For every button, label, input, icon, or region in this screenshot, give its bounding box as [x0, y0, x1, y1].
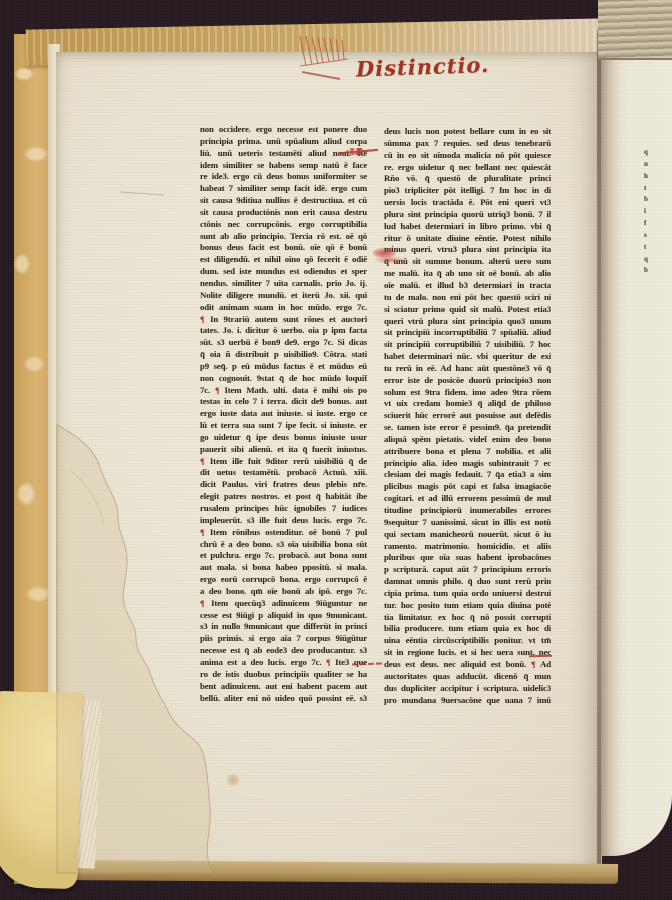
rubric-pilcrow: ¶	[200, 598, 205, 608]
text-line: testas in celo 7 i terra. dicit de9 bonu…	[200, 396, 367, 408]
text-line: queri vtrū plura sint principia quo3 unu…	[384, 316, 551, 328]
text-line: error iste de posicōe duorū principio3 n…	[384, 375, 551, 387]
text-line: ¶ Item ille fuit 9ditor rerū uisibiliū q…	[200, 456, 367, 468]
text-line: piis primis. si ergo aīa 7 corpus 9iūgūt…	[200, 633, 367, 645]
text-line: nendus. similiter 7 uita carnalis. prio …	[200, 278, 367, 290]
text-line: dit uetus testamētū. probacō Actuū. xiii…	[200, 467, 367, 479]
text-line: t	[644, 182, 654, 194]
text-line: ro de istis duobus principiis qualiter s…	[200, 669, 367, 681]
text-line: damnat omnis philo. q̄ duo sunt rerū pri…	[384, 576, 551, 588]
rubric-pilcrow: ¶	[200, 456, 205, 466]
text-line: q̄ unū sit summe bonum. alterū uero sum	[384, 256, 551, 268]
text-line: s	[644, 229, 654, 241]
text-line: principia prima. unū spūalium aliud corp…	[200, 136, 367, 148]
text-line: chrū ē a deo bono. s3 oīa uisibilia bona…	[200, 539, 367, 551]
text-line: h	[644, 170, 654, 182]
text-line: rusalem principes hūc ignobiles 7 iudice…	[200, 503, 367, 515]
text-line: q	[644, 253, 654, 265]
text-line: me malū. ita q̄ ab uno sit oē bonū. ab a…	[384, 268, 551, 280]
text-line: tur. hoc posito tum etiam quia diuina po…	[384, 600, 551, 612]
text-line: habet determinari nūc. vbi queritur de e…	[384, 351, 551, 363]
rubric-pilcrow: ¶	[326, 657, 331, 667]
red-ink-scribble	[338, 148, 378, 155]
text-line: qui sectam manicheorū nouerūt. sicut ō i…	[384, 529, 551, 541]
text-line: deus lucis non potest bellare cum in eo …	[384, 126, 551, 138]
red-hatch-mark	[292, 32, 356, 84]
text-line: sciuerit hūc errorē aut posuisse aut def…	[384, 410, 551, 422]
cover-corner	[0, 691, 83, 889]
small-stain-spot	[226, 774, 240, 786]
text-line: oīe malū. et illud b3 determiari in trac…	[384, 280, 551, 292]
rubric-pilcrow: ¶	[200, 527, 205, 537]
text-line: q	[644, 146, 654, 158]
red-underline-nec	[529, 655, 552, 657]
text-line: lū et terra sua sunt 7 ipe fecit. si ini…	[200, 420, 367, 432]
text-line: ergo iuste data aut iniuste. si iuste. e…	[200, 408, 367, 420]
text-line: bent adinuicem. aut eni habent pacem aut	[200, 681, 367, 693]
text-line: re. ergo uidetur q̄ nec bellant nec quie…	[384, 162, 551, 174]
text-line: p9 seq̄. p eū mūdus factus ē et mūdus eū	[200, 361, 367, 373]
text-line: pauerit sibi alienū. et ita q̄ fuerit in…	[200, 444, 367, 456]
text-line: est diligendū. et nihil oīno qō fecerit …	[200, 254, 367, 266]
text-line: cesse est 9iūgi p aliquid in quo 9munica…	[200, 610, 367, 622]
text-line: b	[644, 193, 654, 205]
text-line: bilia producere. tum etiam quia ex hoc d…	[384, 623, 551, 635]
text-line: bonus deus facit est bonū. oīe qō ē bonū	[200, 242, 367, 254]
text-line: plicibus magis pōt capi et falsa imagiac…	[384, 481, 551, 493]
text-line: bellū. aliter eni nō uideo quō possint e…	[200, 693, 367, 705]
text-line: ramento. matrimonio. homicidio. et aliis	[384, 541, 551, 553]
text-line: uersis locis tractāda ē. Pōt eni queri v…	[384, 197, 551, 209]
text-line: ritur ō unitate diuine eēntie. Potest ni…	[384, 233, 551, 245]
text-line: sit in regione lucis. et si hec uera sun…	[384, 647, 551, 659]
text-line: ctōnis nec corrupcōnis. ergo corruptibil…	[200, 219, 367, 231]
text-line: anima est a deo lucis. ergo 7c. ¶ Ite3 q…	[200, 657, 367, 669]
text-line: lud habet determiari in libro primo. vbi…	[384, 221, 551, 233]
text-line: aliquā spēm pietatis. videt̄ enim deo bo…	[384, 434, 551, 446]
facing-page-sliver	[601, 54, 672, 856]
text-line: idem similiter se habens semp natū ē fac…	[200, 160, 367, 172]
text-line: Rn̄o vō. q̄ questō de pluralitate princi	[384, 173, 551, 185]
text-line: sit causa 9ditiua nullius ē destructiua.…	[200, 195, 367, 207]
text-line: tu rerū in eē. Ad hanc aūt questōne3 vō …	[384, 363, 551, 375]
text-line: solum est 9tra fidem. imo adeo 9tra rōem	[384, 387, 551, 399]
text-line: Nolite diligere mundū. et iterū Jo. xii.…	[200, 290, 367, 302]
text-line: dicit Paulus. viri fratres deus plebis n…	[200, 479, 367, 491]
text-line: sit principiū corruptibiliū 7 uisibiliū.…	[384, 339, 551, 351]
text-line: pro mundana 9uersacōne que uana 7 imū	[384, 695, 551, 707]
text-line: p scripturā. caput aūt 7 principium erro…	[384, 564, 551, 576]
text-line: et pulchra. ergo 7c. probacō. aut bona s…	[200, 550, 367, 562]
text-line: odit animam suam in hoc mūdo. ergo 7c.	[200, 302, 367, 314]
rubric-heading: Distinctio.	[356, 51, 507, 81]
text-line: n	[644, 158, 654, 170]
text-line: uina eēntia circūscriptibilis ponitur. v…	[384, 635, 551, 647]
text-line: 7c. ¶ Item Math. ulti. data ē mihi ois p…	[200, 385, 367, 397]
text-column-left: non occidere. ergo necesse est ponere du…	[200, 124, 367, 704]
text-line: deus est deus. nec aliquid est bonū. ¶ A…	[384, 659, 551, 671]
text-line: sit principiū incorruptibiliū 7 spūaliū.…	[384, 327, 551, 339]
text-line: q̄ oia ñ distribuit p uisibilio9. Cōtra.…	[200, 349, 367, 361]
text-line: elegit patres nostros. et post q̄ habitā…	[200, 491, 367, 503]
text-line: sunt ab alio principio. Tercia rō est. o…	[200, 231, 367, 243]
rubric-pilcrow: ¶	[215, 385, 220, 395]
photo-of-incunabulum-page: Distinctio. non occidere. ergo necesse e…	[0, 0, 672, 900]
rubric-pilcrow: ¶	[200, 314, 205, 324]
text-line: dus dupliciter accipitur i scriptura. ui…	[384, 683, 551, 695]
text-line: cogitari. et ad illū errorem pessimū de …	[384, 493, 551, 505]
text-line: clesiam dei magis fedauit. 7 q̄a etia3 a…	[384, 469, 551, 481]
text-line: 9sequitur 7 uanissimi. sicut in illis es…	[384, 517, 551, 529]
facing-page-head-edge	[598, 0, 672, 60]
text-line: attribuere bona et plena 7 nobilia. et a…	[384, 446, 551, 458]
red-ink-smear	[370, 245, 406, 265]
text-line: t	[644, 241, 654, 253]
text-line: tates. Jo. i. dicitur ō uerbo. oia p ipm…	[200, 325, 367, 337]
text-line: dum. sed iste mundus est odiendus et spe…	[200, 266, 367, 278]
text-line: tu de malo. non eni pōt hec questō sciri…	[384, 292, 551, 304]
text-line: vt uix credam homie3 q̄ aliq̄d de philos…	[384, 398, 551, 410]
text-line: titudine principiorū inumerabiles errore…	[384, 505, 551, 517]
text-line: cipia prima. tum quia ordo uniuersi dest…	[384, 588, 551, 600]
text-line: auctoritates quas adducūt. dicenō q̄ mun	[384, 671, 551, 683]
text-line: b	[644, 264, 654, 276]
text-line: sūt. s3 uerbū ē bon9 de9. ergo 7c. Si di…	[200, 337, 367, 349]
text-line: a deo bono. qm̄ oīe bonū ab ipō. ergo 7c…	[200, 586, 367, 598]
text-line: sit causa productōnis non erit causa des…	[200, 207, 367, 219]
text-line: aut mala. si bona habeo ppositū. si mala…	[200, 562, 367, 574]
text-line: sūmma pax 7 requies. sed deus tenebrarū	[384, 138, 551, 150]
text-line: go uidetur q̄ ipe deus bonus iniuste usu…	[200, 432, 367, 444]
text-line: necesse est q̄ ab eode3 deo producantur.…	[200, 645, 367, 657]
text-line: non occidere. ergo necesse est ponere du…	[200, 124, 367, 136]
facing-page-text-fragments: qnhtbifstqb	[644, 146, 654, 296]
text-line: s3 in nullo 9municant que differūt in pr…	[200, 621, 367, 633]
text-line: se. tamen iste error ē pessim9. q̄a pret…	[384, 422, 551, 434]
text-line: plura sint principia quorū utriq3 bonū. …	[384, 209, 551, 221]
text-line: impleuerūt. s3 ille fuit deus lucis. erg…	[200, 515, 367, 527]
book-tail-edge-band	[58, 860, 618, 884]
text-line: ¶ In 9trariū autem sunt rōnes et auctori	[200, 314, 367, 326]
text-line: ergo eorū corrupcō bona. ergo corrupcō ē	[200, 574, 367, 586]
rubric-pilcrow: ¶	[531, 659, 536, 669]
text-line: re ide3. ergo cū deus bonus uniformiter …	[200, 171, 367, 183]
text-line: ¶ Item quecūq3 adinuicem 9iūguntur ne	[200, 598, 367, 610]
text-line: ¶ Item rōnibus ostenditur. oē bonū 7 pul	[200, 527, 367, 539]
text-line: habeat 7 similiter semp facit idē. ergo …	[200, 183, 367, 195]
text-line: principio alia. ideo magis subintrauit 7…	[384, 458, 551, 470]
text-line: pio3 tripliciter pōt itelligi. 7 fm hoc …	[384, 185, 551, 197]
text-line: tia limitatur. ex hoc q̄ nō possit corru…	[384, 612, 551, 624]
text-line: f	[644, 217, 654, 229]
text-line: cū in eo sit oīmoda malicia nō pōt quies…	[384, 150, 551, 162]
text-line: minus queri. vtru3 plura sint principia …	[384, 244, 551, 256]
text-line: non cognouit. 9stat q̄ de hoc mūdo loqui…	[200, 373, 367, 385]
text-line: si sciatur primo quid sit malū. Potest e…	[384, 304, 551, 316]
text-line: i	[644, 205, 654, 217]
text-line: pluribus que oīa suas habent iprobacōnes	[384, 552, 551, 564]
text-column-right: deus lucis non potest bellare cum in eo …	[384, 126, 551, 706]
